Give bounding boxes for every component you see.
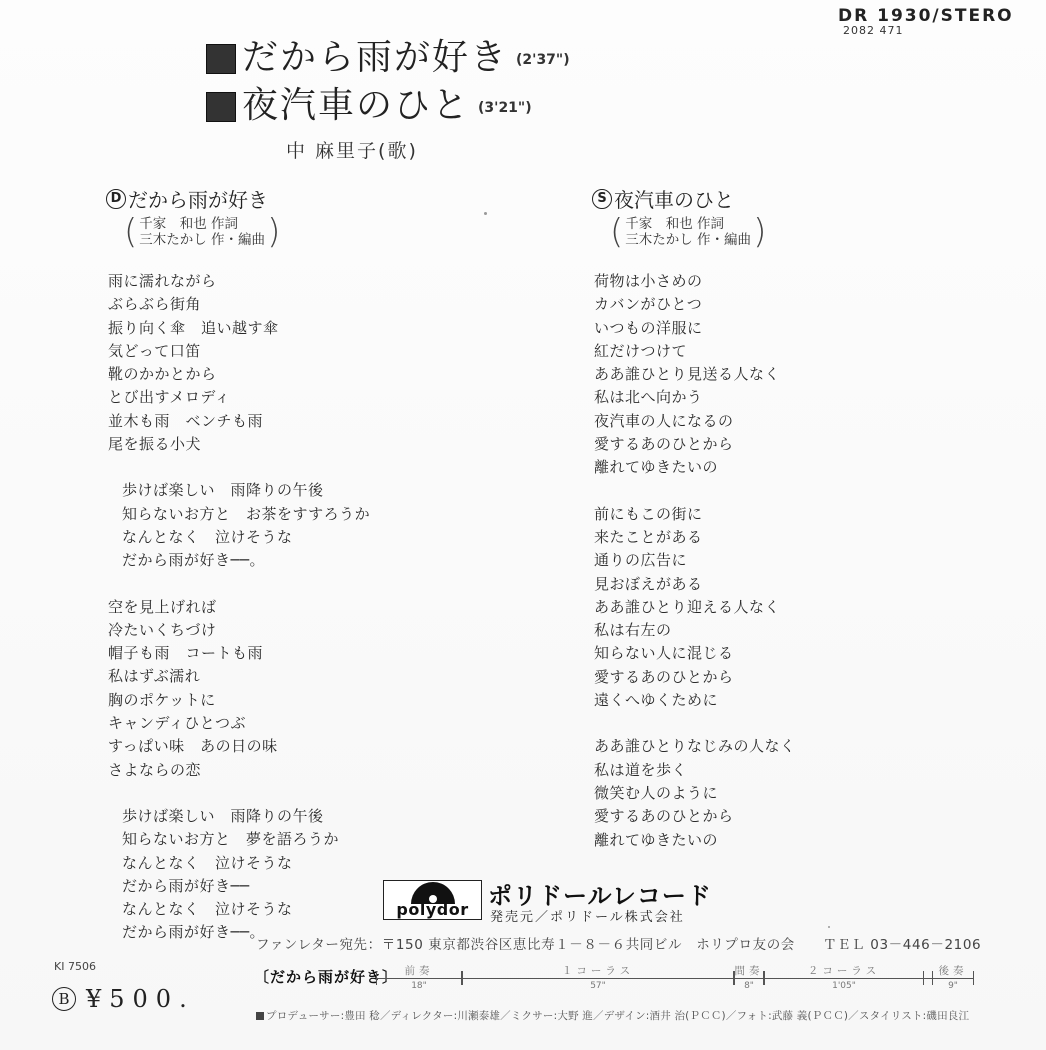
timing-segment — [924, 962, 932, 994]
lyric-line: 歩けば楽しい 雨降りの午後 — [108, 805, 488, 828]
paren-open: ( — [610, 216, 623, 248]
lyric-line: 私は右左の — [594, 619, 974, 642]
lyric-line: 私はずぶ濡れ — [108, 665, 488, 688]
lyricist-credit: 千家 和也 作詞 — [625, 216, 751, 232]
song-heading-title: だから雨が好き — [128, 184, 268, 213]
composer-credit: 三木たかし 作・編曲 — [139, 232, 265, 248]
lyric-line: 私は北へ向かう — [594, 386, 974, 409]
lyric-line: 離れてゆきたいの — [594, 829, 974, 852]
lyric-line: 夜汽車の人になるの — [594, 410, 974, 433]
square-bullet-icon — [206, 92, 236, 122]
timing-segment: 間奏8" — [734, 962, 764, 994]
lyric-line: 荷物は小さめの — [594, 270, 974, 293]
verse: 歩けば楽しい 雨降りの午後知らないお方と お茶をすすろうかなんとなく 泣けそうな… — [108, 479, 488, 572]
paren-close: ) — [753, 216, 766, 248]
song-heading: D だから雨が好き — [106, 184, 488, 213]
verse: 荷物は小さめのカバンがひとついつもの洋服に紅だけつけてああ誰ひとり見送る人なく私… — [594, 270, 974, 480]
lyric-line: 歩けば楽しい 雨降りの午後 — [108, 479, 488, 502]
lyric-line: 紅だけつけて — [594, 340, 974, 363]
segment-name: 間奏 — [734, 963, 764, 978]
lyric-line: いつもの洋服に — [594, 317, 974, 340]
composer-credit: 三木たかし 作・編曲 — [625, 232, 751, 248]
lyric-line: 靴のかかとから — [108, 363, 488, 386]
song-heading: S 夜汽車のひと — [592, 184, 974, 213]
verse: ああ誰ひとりなじみの人なく私は道を歩く微笑む人のように愛するあのひとから離れてゆ… — [594, 735, 974, 851]
lyric-line: 私は道を歩く — [594, 759, 974, 782]
side-s-badge-icon: S — [592, 189, 612, 209]
lyric-line: キャンディひとつぶ — [108, 712, 488, 735]
segment-name: 後奏 — [932, 963, 974, 978]
lyric-line: 並木も雨 ベンチも雨 — [108, 410, 488, 433]
paren-close: ) — [267, 216, 280, 248]
verse: 前にもこの街に来たことがある通りの広告に見おぼえがあるああ誰ひとり迎える人なく私… — [594, 503, 974, 713]
square-bullet-icon — [256, 1012, 264, 1020]
segment-time: 9" — [932, 981, 974, 991]
price-b-badge-icon: B — [52, 987, 76, 1011]
lyric-line: 愛するあのひとから — [594, 666, 974, 689]
segment-name: １コーラス — [462, 963, 734, 978]
lyric-line: 尾を振る小犬 — [108, 433, 488, 456]
lyric-line: 冷たいくちづけ — [108, 619, 488, 642]
verse-gap — [108, 456, 488, 479]
side-d-badge-icon: D — [106, 189, 126, 209]
lyric-line: 離れてゆきたいの — [594, 456, 974, 479]
timing-bar: 前奏18"１コーラス57"間奏8"２コーラス1'05"後奏9" — [376, 962, 974, 994]
verse-gap — [594, 480, 974, 503]
song-credits: ( 千家 和也 作詞 三木たかし 作・編曲 ) — [610, 216, 974, 248]
lyric-line: 知らないお方と 夢を語ろうか — [108, 828, 488, 851]
lyric-line: ああ誰ひとりなじみの人なく — [594, 735, 974, 758]
song-duration: (3'21") — [478, 100, 532, 116]
lyric-line: 通りの広告に — [594, 549, 974, 572]
title-row-2: 夜汽車のひと (3'21") — [206, 84, 532, 128]
segment-name: ２コーラス — [764, 963, 924, 978]
verse: 空を見上げれば冷たいくちづけ帽子も雨 コートも雨私はずぶ濡れ胸のポケットにキャン… — [108, 596, 488, 782]
catalog-sub-number: 2082 471 — [843, 24, 904, 37]
scan-speck — [484, 212, 487, 215]
ki-code: KI 7506 — [54, 960, 96, 973]
verse: 歩けば楽しい 雨降りの午後知らないお方と 夢を語ろうかなんとなく 泣けそうなだか… — [108, 805, 488, 945]
lyric-line: すっぱい味 あの日の味 — [108, 735, 488, 758]
lyric-line: 雨に濡れながら — [108, 270, 488, 293]
lyric-line: 微笑む人のように — [594, 782, 974, 805]
lyricist-credit: 千家 和也 作詞 — [139, 216, 265, 232]
verse-gap — [108, 782, 488, 805]
lyric-line: 知らない人に混じる — [594, 642, 974, 665]
timing-segment: １コーラス57" — [462, 962, 734, 994]
song-title: 夜汽車のひと — [242, 84, 470, 128]
segment-name: 前奏 — [376, 963, 462, 978]
polydor-logo: polydor — [383, 880, 482, 920]
segment-time: 18" — [376, 981, 462, 991]
timing-segment: ２コーラス1'05" — [764, 962, 924, 994]
segment-time: 8" — [734, 981, 764, 991]
lyric-line: なんとなく 泣けそうな — [108, 852, 488, 875]
staff-credits-text: プロデューサー:豊田 稔／ディレクター:川瀬泰雄／ミクサー:大野 進／デザイン:… — [266, 1010, 969, 1022]
lyric-line: カバンがひとつ — [594, 293, 974, 316]
paren-open: ( — [124, 216, 137, 248]
logo-wordmark: polydor — [384, 901, 481, 919]
distributor-line: 発売元／ポリドール株式会社 — [490, 906, 685, 925]
timing-segment: 前奏18" — [376, 962, 462, 994]
song-title: だから雨が好き — [242, 36, 508, 80]
lyric-line: 前にもこの街に — [594, 503, 974, 526]
segment-time: 57" — [462, 981, 734, 991]
lyric-line: 見おぼえがある — [594, 573, 974, 596]
lyrics-column-b-side: S 夜汽車のひと ( 千家 和也 作詞 三木たかし 作・編曲 ) 荷物は小さめの… — [594, 184, 974, 852]
verse-gap — [108, 573, 488, 596]
lyric-line: とび出すメロディ — [108, 386, 488, 409]
lyric-line: だから雨が好き──。 — [108, 549, 488, 572]
song-credits: ( 千家 和也 作詞 三木たかし 作・編曲 ) — [124, 216, 488, 248]
title-row-1: だから雨が好き (2'37") — [206, 36, 570, 80]
lyric-line: 知らないお方と お茶をすすろうか — [108, 503, 488, 526]
timing-segment: 後奏9" — [932, 962, 974, 994]
segment-time: 1'05" — [764, 981, 924, 991]
song-duration: (2'37") — [516, 52, 570, 68]
song-heading-title: 夜汽車のひと — [614, 184, 734, 213]
price-value: ¥500. — [86, 985, 195, 1013]
lyric-line: 胸のポケットに — [108, 689, 488, 712]
price: B ¥500. — [52, 985, 195, 1013]
lyrics-body: 雨に濡れながらぶらぶら街角振り向く傘 追い越す傘気どって口笛靴のかかとからとび出… — [108, 270, 488, 945]
lyric-line: 愛するあのひとから — [594, 433, 974, 456]
lyric-line: 空を見上げれば — [108, 596, 488, 619]
lyric-line: 愛するあのひとから — [594, 805, 974, 828]
lyric-line: 遠くへゆくために — [594, 689, 974, 712]
lyric-line: 来たことがある — [594, 526, 974, 549]
fan-mail-address: ファンレター宛先：〒150 東京都渋谷区恵比寿１－８－６共同ビル ホリプロ友の会… — [256, 933, 981, 953]
staff-credits: プロデューサー:豊田 稔／ディレクター:川瀬泰雄／ミクサー:大野 進／デザイン:… — [256, 1008, 969, 1023]
lyric-line: さよならの恋 — [108, 759, 488, 782]
lyric-line: 振り向く傘 追い越す傘 — [108, 317, 488, 340]
square-bullet-icon — [206, 44, 236, 74]
lyric-line: ああ誰ひとり見送る人なく — [594, 363, 974, 386]
singer-credit: 中 麻里子(歌) — [286, 136, 418, 163]
lyrics-column-a-side: D だから雨が好き ( 千家 和也 作詞 三木たかし 作・編曲 ) 雨に濡れなが… — [108, 184, 488, 945]
lyrics-body: 荷物は小さめのカバンがひとついつもの洋服に紅だけつけてああ誰ひとり見送る人なく私… — [594, 270, 974, 852]
lyric-line: なんとなく 泣けそうな — [108, 526, 488, 549]
lyric-line: 気どって口笛 — [108, 340, 488, 363]
verse-gap — [594, 712, 974, 735]
scan-speck — [828, 926, 830, 928]
lyric-line: ぶらぶら街角 — [108, 293, 488, 316]
catalog-number: DR 1930/STERO — [838, 6, 1014, 26]
lyric-line: 帽子も雨 コートも雨 — [108, 642, 488, 665]
verse: 雨に濡れながらぶらぶら街角振り向く傘 追い越す傘気どって口笛靴のかかとからとび出… — [108, 270, 488, 456]
lyric-line: ああ誰ひとり迎える人なく — [594, 596, 974, 619]
